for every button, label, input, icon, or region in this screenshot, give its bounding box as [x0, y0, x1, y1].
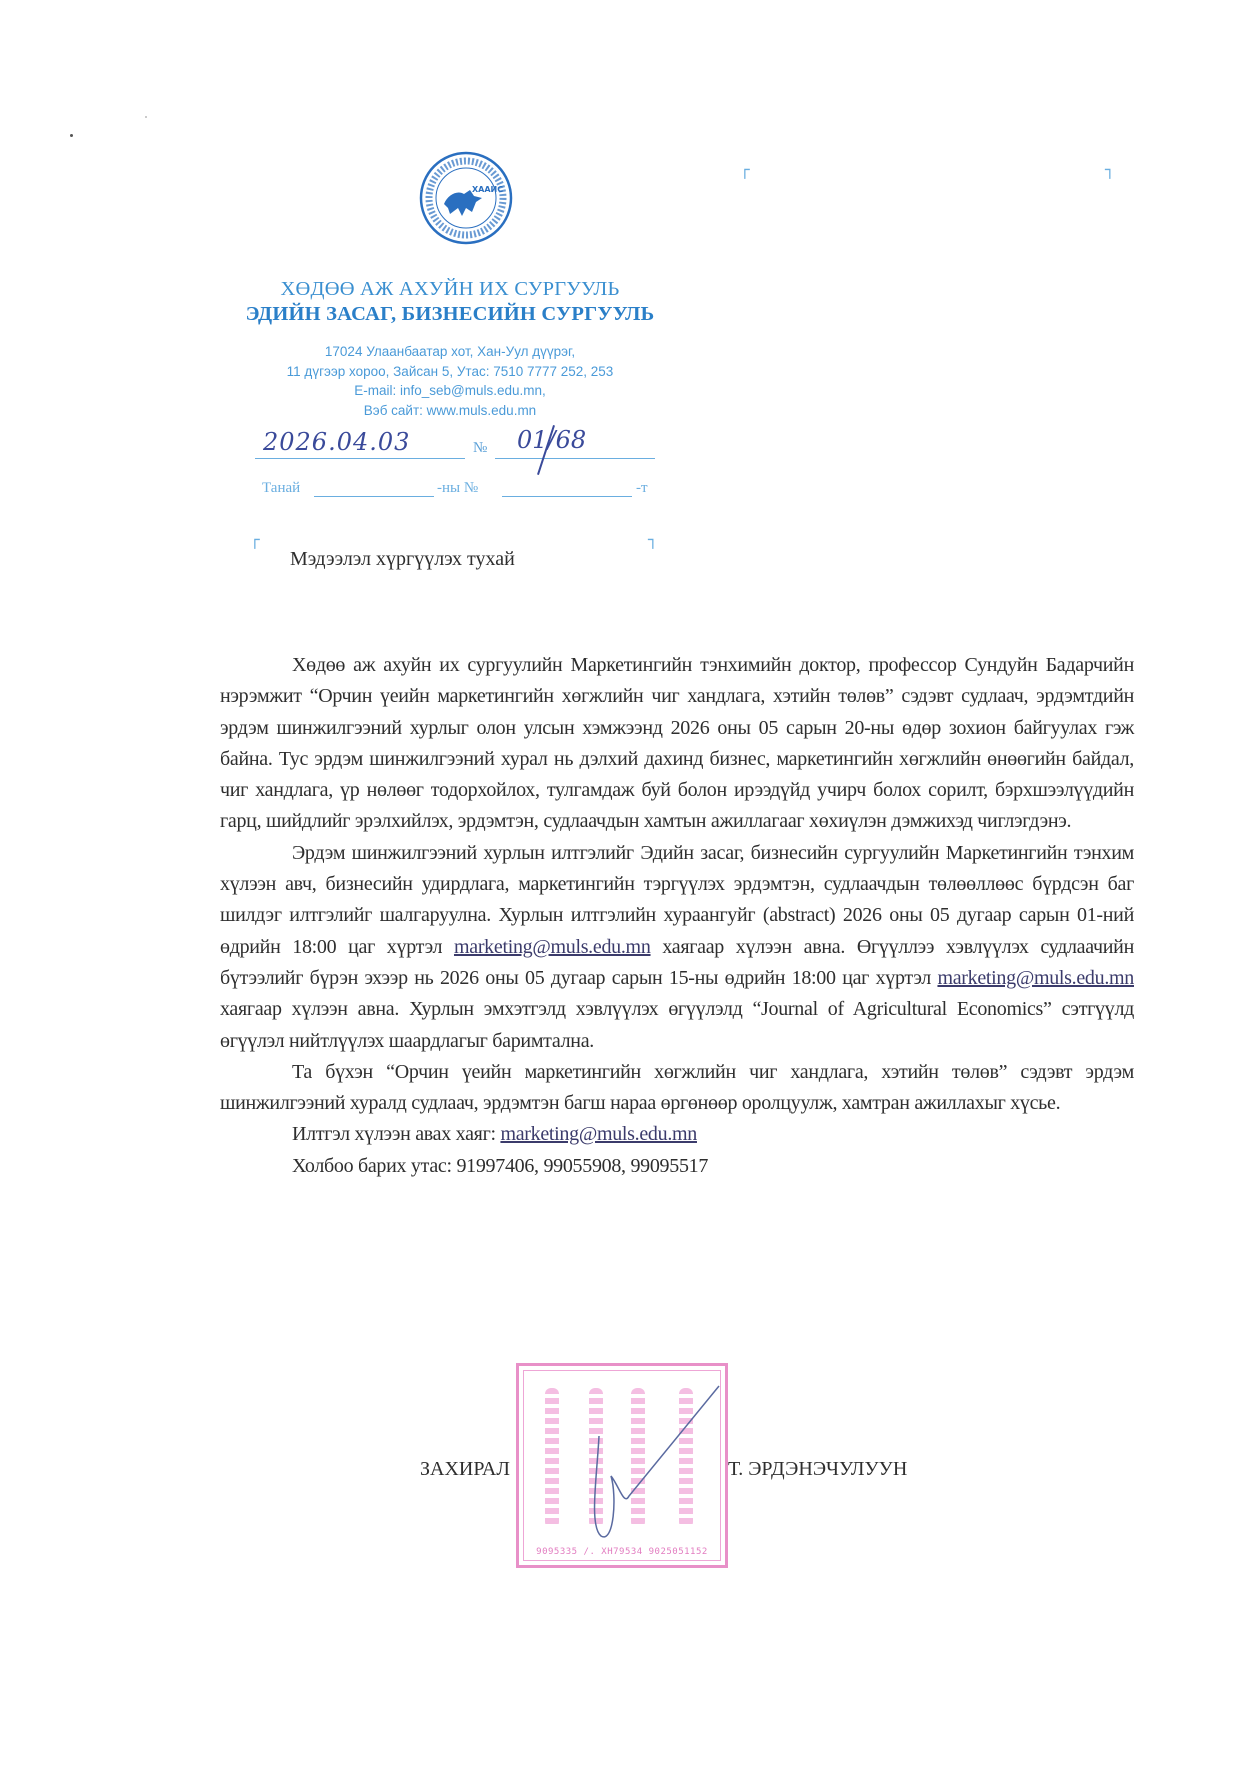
contact-email-label: Илтгэл хүлээн авах хаяг: — [292, 1123, 500, 1145]
suffix-label: -т — [636, 480, 648, 497]
paragraph-text: хаягаар хүлээн авна. Хурлын эмхэтгэлд хэ… — [220, 998, 1134, 1051]
contact-phones: 91997406, 99055908, 99095517 — [456, 1155, 708, 1177]
body-paragraph-3: Та бүхэн “Орчин үеийн маркетингийн хөгжл… — [220, 1057, 1134, 1120]
your-date-underline — [314, 496, 434, 497]
university-name: ХӨДӨӨ АЖ АХУЙН ИХ СУРГУУЛЬ — [220, 278, 680, 301]
address-corner-left: ┌ — [740, 160, 750, 179]
address-corner-right: ┐ — [1105, 160, 1115, 179]
official-stamp: 9095335 /. ХН79534 9025051152 — [516, 1363, 728, 1568]
body-paragraph-2: Эрдэм шинжилгээний хурлын илтгэлийг Эдий… — [220, 838, 1134, 1057]
date-underline — [255, 458, 465, 459]
contact-phone-line: Холбоо барих утас: 91997406, 99055908, 9… — [220, 1151, 1134, 1182]
scan-speck — [145, 116, 147, 118]
contact-email-line: Илтгэл хүлээн авах хаяг: marketing@muls.… — [220, 1119, 1134, 1150]
website-line: Вэб сайт: www.muls.edu.mn — [220, 401, 680, 421]
handwritten-signature — [519, 1366, 731, 1571]
contact-email-link[interactable]: marketing@muls.edu.mn — [500, 1123, 697, 1145]
reference-line: 2026.04.03 № 01/68 — [255, 432, 655, 462]
body-paragraph-1: Хөдөө аж ахуйн их сургуулийн Маркетингий… — [220, 650, 1134, 838]
signatory-title: ЗАХИРАЛ — [420, 1458, 510, 1481]
your-label: Танай — [262, 480, 300, 497]
scan-speck — [70, 134, 73, 137]
submission-email-link[interactable]: marketing@muls.edu.mn — [454, 936, 651, 958]
email-line: E-mail: info_seb@muls.edu.mn, — [220, 381, 680, 401]
address-line: 11 дүгээр хороо, Зайсан 5, Утас: 7510 77… — [220, 362, 680, 382]
your-reference-line: Танай -ны № -т — [262, 480, 662, 504]
number-label: № — [473, 440, 487, 457]
school-name: ЭДИЙН ЗАСАГ, БИЗНЕСИЙН СУРГУУЛЬ — [220, 303, 680, 326]
your-number-underline — [502, 496, 632, 497]
your-number-label: -ны № — [437, 480, 478, 497]
svg-text:ХААИС: ХААИС — [472, 185, 503, 194]
subject-corner-right: ┐ — [648, 530, 658, 549]
university-logo: ХААИС — [418, 150, 514, 246]
university-horse-seal-icon: ХААИС — [418, 150, 514, 246]
letter-subject: Мэдээлэл хүргүүлэх тухай — [290, 548, 515, 571]
number-underline — [495, 458, 655, 459]
fullpaper-email-link[interactable]: marketing@muls.edu.mn — [937, 967, 1134, 989]
letter-body: Хөдөө аж ахуйн их сургуулийн Маркетингий… — [220, 650, 1134, 1182]
address-block: 17024 Улаанбаатар хот, Хан-Уул дүүрэг, 1… — [220, 342, 680, 420]
address-line: 17024 Улаанбаатар хот, Хан-Уул дүүрэг, — [220, 342, 680, 362]
signatory-name: Т. ЭРДЭНЭЧУЛУУН — [728, 1458, 907, 1481]
contact-phone-label: Холбоо барих утас: — [292, 1155, 456, 1177]
handwritten-date: 2026.04.03 — [263, 428, 410, 456]
subject-corner-left: ┌ — [250, 530, 260, 549]
